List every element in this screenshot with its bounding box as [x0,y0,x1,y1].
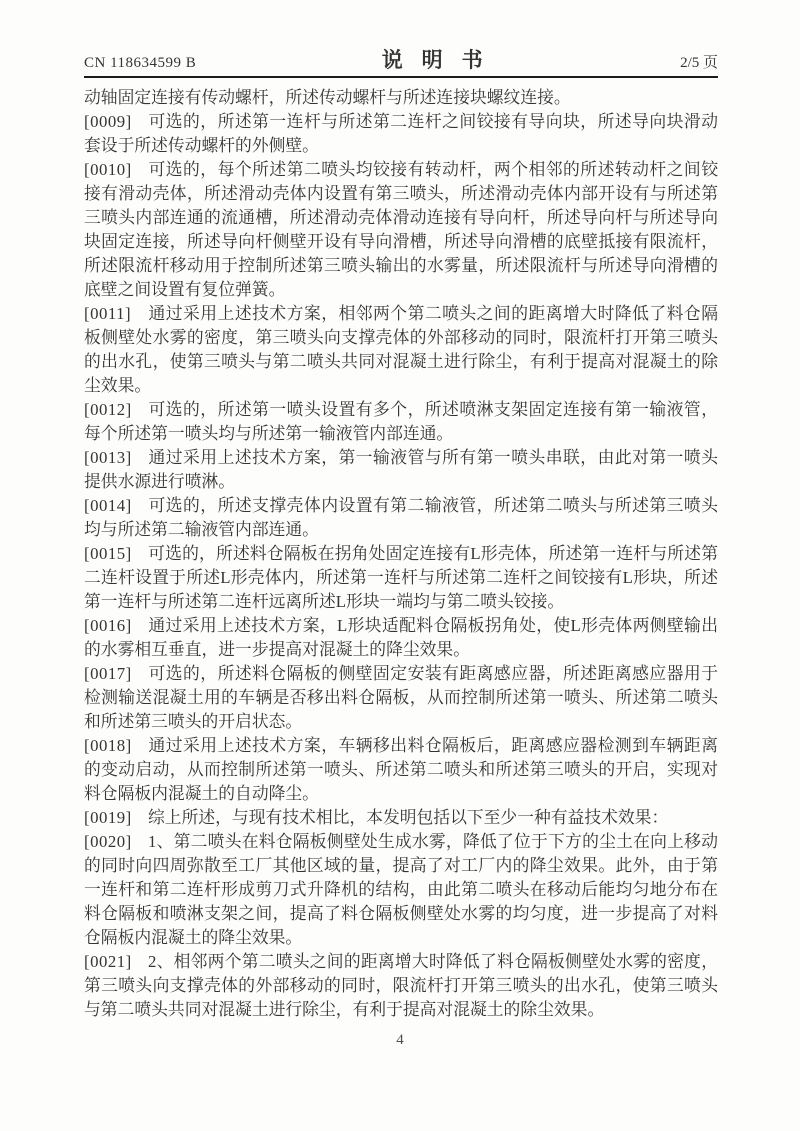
page-indicator: 2/5 页 [680,51,718,74]
paragraph-text: 可选的，所述料仓隔板在拐角处固定连接有L形壳体，所述第一连杆与所述第二连杆设置于… [84,544,718,611]
paragraph-text: 可选的，所述第一连杆与所述第二连杆之间铰接有导向块，所述导向块滑动套设于所述传动… [84,112,718,155]
paragraph-number: [0010] [84,158,148,182]
paragraph-number: [0018] [84,734,148,758]
paragraph-number: [0020] [84,830,148,854]
paragraph-number: [0021] [84,950,148,974]
paragraph-0011: [0011]通过采用上述技术方案，相邻两个第二喷头之间的距离增大时降低了料仓隔板… [84,302,718,398]
paragraph-0018: [0018]通过采用上述技术方案，车辆移出料仓隔板后，距离感应器检测到车辆距离的… [84,734,718,806]
paragraph-number: [0016] [84,614,148,638]
document-title: 说明书 [363,44,502,74]
paragraph-0012: [0012]可选的，所述第一喷头设置有多个，所述喷淋支架固定连接有第一输液管，每… [84,398,718,446]
paragraph-text: 2、相邻两个第二喷头之间的距离增大时降低了料仓隔板侧壁处水雾的密度，第三喷头向支… [84,952,718,1019]
page-header: CN 118634599 B 说明书 2/5 页 [84,40,718,74]
paragraph-text: 通过采用上述技术方案，车辆移出料仓隔板后，距离感应器检测到车辆距离的变动启动，从… [84,736,718,803]
paragraph-number: [0013] [84,446,148,470]
paragraph-number: [0017] [84,662,148,686]
paragraph-0009: [0009]可选的，所述第一连杆与所述第二连杆之间铰接有导向块，所述导向块滑动套… [84,110,718,158]
paragraph-number: [0019] [84,806,148,830]
paragraph-continuation: 动轴固定连接有传动螺杆，所述传动螺杆与所述连接块螺纹连接。 [84,86,718,110]
paragraph-0016: [0016]通过采用上述技术方案，L形块适配料仓隔板拐角处，使L形壳体两侧壁输出… [84,614,718,662]
paragraph-0021: [0021]2、相邻两个第二喷头之间的距离增大时降低了料仓隔板侧壁处水雾的密度，… [84,950,718,1022]
page-number: 4 [396,1032,404,1048]
paragraph-text: 可选的，所述支撑壳体内设置有第二输液管，所述第二喷头与所述第三喷头均与所述第二输… [84,496,718,539]
paragraph-number: [0011] [84,302,148,326]
paragraph-text: 综上所述，与现有技术相比，本发明包括以下至少一种有益技术效果： [148,808,668,827]
paragraph-text: 动轴固定连接有传动螺杆，所述传动螺杆与所述连接块螺纹连接。 [84,88,571,107]
paragraph-0010: [0010]可选的，每个所述第二喷头均铰接有转动杆，两个相邻的所述转动杆之间铰接… [84,158,718,302]
paragraph-number: [0012] [84,398,148,422]
specification-body: 动轴固定连接有传动螺杆，所述传动螺杆与所述连接块螺纹连接。[0009]可选的，所… [84,86,718,1022]
paragraph-text: 可选的，所述第一喷头设置有多个，所述喷淋支架固定连接有第一输液管，每个所述第一喷… [84,400,718,443]
paragraph-0014: [0014]可选的，所述支撑壳体内设置有第二输液管，所述第二喷头与所述第三喷头均… [84,494,718,542]
patent-specification-page: CN 118634599 B 说明书 2/5 页 动轴固定连接有传动螺杆，所述传… [0,0,800,1131]
page-footer: 4 [0,1032,800,1049]
publication-number: CN 118634599 B [84,55,196,74]
paragraph-text: 通过采用上述技术方案，L形块适配料仓隔板拐角处，使L形壳体两侧壁输出的水雾相互垂… [84,616,718,659]
paragraph-0019: [0019]综上所述，与现有技术相比，本发明包括以下至少一种有益技术效果： [84,806,718,830]
paragraph-text: 可选的，所述料仓隔板的侧壁固定安装有距离感应器，所述距离感应器用于检测输送混凝土… [84,664,718,731]
paragraph-text: 通过采用上述技术方案，相邻两个第二喷头之间的距离增大时降低了料仓隔板侧壁处水雾的… [84,304,718,395]
paragraph-0013: [0013]通过采用上述技术方案，第一输液管与所有第一喷头串联，由此对第一喷头提… [84,446,718,494]
paragraph-0015: [0015]可选的，所述料仓隔板在拐角处固定连接有L形壳体，所述第一连杆与所述第… [84,542,718,614]
paragraph-number: [0014] [84,494,148,518]
paragraph-number: [0015] [84,542,148,566]
paragraph-number: [0009] [84,110,148,134]
paragraph-text: 1、第二喷头在料仓隔板侧壁处生成水雾，降低了位于下方的尘土在向上移动的同时向四周… [84,832,718,947]
paragraph-text: 可选的，每个所述第二喷头均铰接有转动杆，两个相邻的所述转动杆之间铰接有滑动壳体，… [84,160,718,299]
paragraph-text: 通过采用上述技术方案，第一输液管与所有第一喷头串联，由此对第一喷头提供水源进行喷… [84,448,718,491]
paragraph-0017: [0017]可选的，所述料仓隔板的侧壁固定安装有距离感应器，所述距离感应器用于检… [84,662,718,734]
paragraph-0020: [0020]1、第二喷头在料仓隔板侧壁处生成水雾，降低了位于下方的尘土在向上移动… [84,830,718,950]
header-rule [84,76,718,78]
